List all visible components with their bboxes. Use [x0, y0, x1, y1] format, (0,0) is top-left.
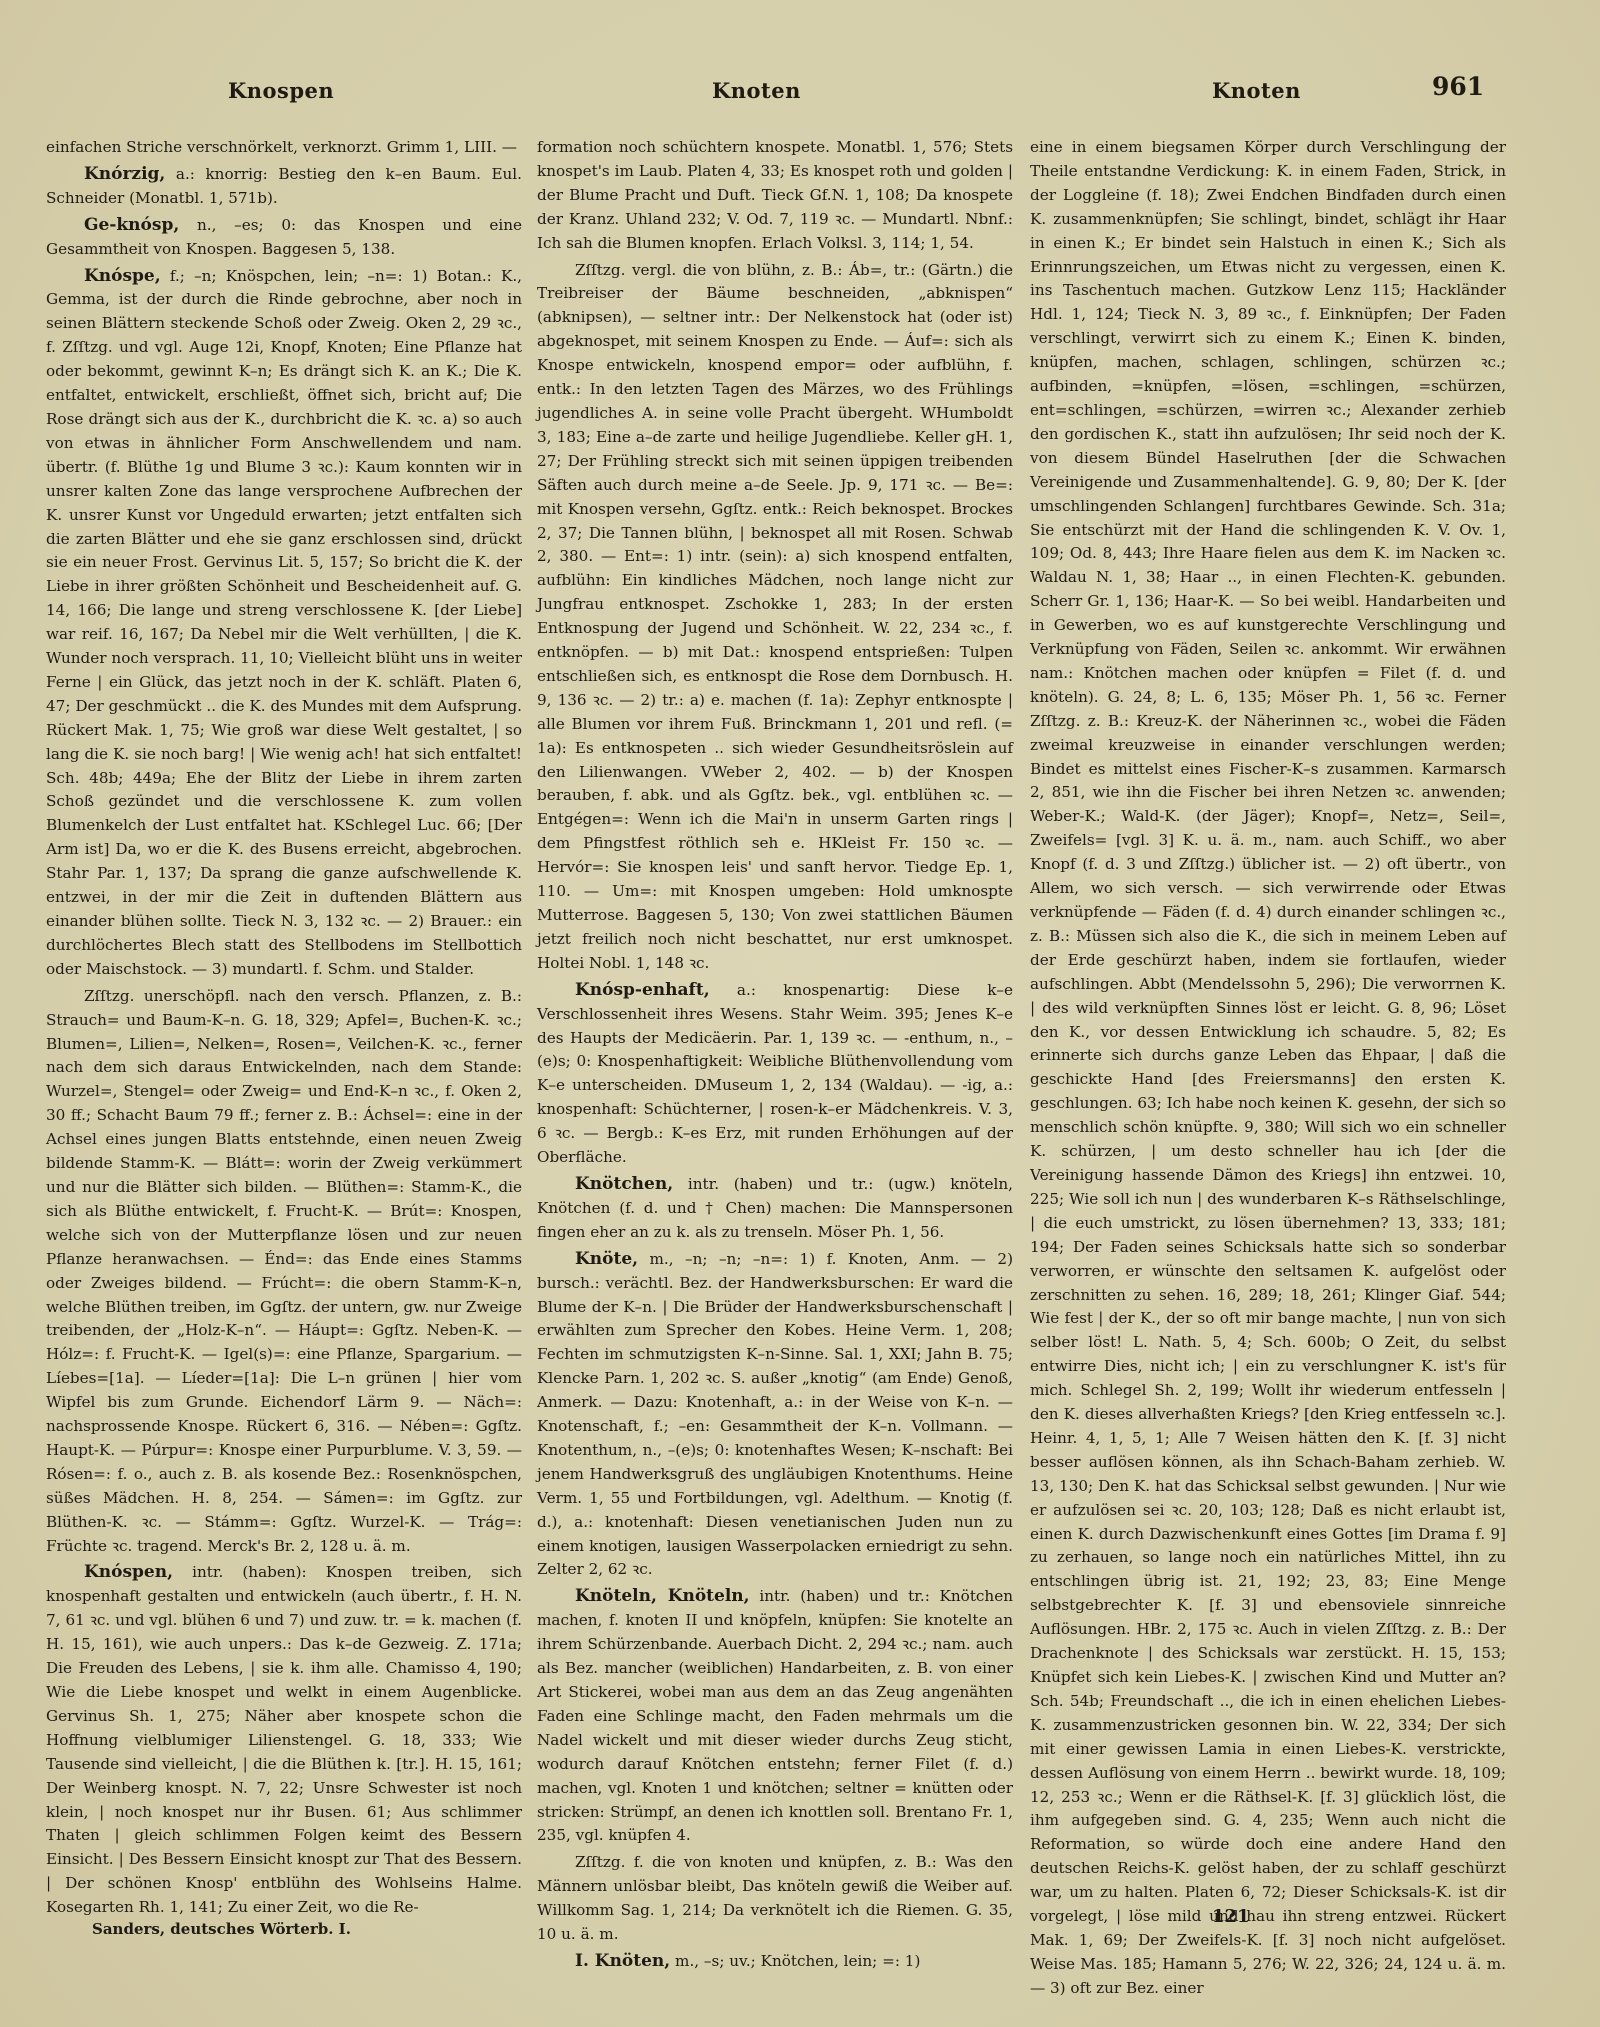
headword: Knóspen,	[84, 1562, 173, 1582]
dictionary-entry: Knórzig, a.: knorrig: Bestieg den k–en B…	[46, 163, 522, 211]
dictionary-entry: Ge-knósp, n., –es; 0: das Knospen und ei…	[46, 214, 522, 262]
headword: Knórzig,	[84, 164, 165, 184]
printer-signature: Sanders, deutsches Wörterb. I.	[92, 1920, 351, 1938]
dictionary-entry: I. Knöten, m., –s; uv.; Knötchen, lein; …	[537, 1950, 1013, 1974]
running-head-right: Knoten	[1212, 78, 1301, 103]
dictionary-page: Knospen Knoten Knoten 961 einfachen Stri…	[0, 0, 1600, 2027]
dictionary-entry: Knóspe, f.; –n; Knöspchen, lein; –n=: 1)…	[46, 265, 522, 982]
entry-text: m., –s; uv.; Knötchen, lein; =: 1)	[670, 1952, 920, 1970]
headword: I. Knöten,	[575, 1951, 670, 1971]
entry-text: intr. (haben) und tr.: Knötchen machen, …	[537, 1587, 1013, 1844]
entry-continuation: eine in einem biegsamen Körper durch Ver…	[1030, 136, 1506, 2001]
entry-text: intr. (haben): Knospen treiben, sich kno…	[46, 1563, 522, 1916]
entry-continuation: Zſſtzg. unerschöpfl. nach den versch. Pf…	[46, 985, 522, 1559]
dictionary-entry: Knöteln, Knöteln, intr. (haben) und tr.:…	[537, 1585, 1013, 1848]
column-middle: formation noch schüchtern knospete. Mona…	[537, 136, 1013, 1974]
running-head-left: Knospen	[228, 78, 334, 103]
entry-continuation: Zſſtzg. f. die von knoten und knüpfen, z…	[537, 1851, 1013, 1947]
entry-text: m., –n; –n; –n=: 1) f. Knoten, Anm. — 2)…	[537, 1250, 1013, 1579]
entry-text: Zſſtzg. vergl. die von blühn, z. B.: Áb=…	[537, 261, 1013, 972]
column-left: einfachen Striche verschnörkelt, verknor…	[46, 136, 522, 1920]
headword: Knötchen,	[575, 1174, 673, 1194]
headword: Knósp-enhaft,	[575, 980, 710, 1000]
column-right: eine in einem biegsamen Körper durch Ver…	[1030, 136, 1506, 2001]
entry-continuation: einfachen Striche verschnörkelt, verknor…	[46, 136, 522, 160]
dictionary-entry: Knötchen, intr. (haben) und tr.: (ugw.) …	[537, 1173, 1013, 1245]
headword: Ge-knósp,	[84, 215, 179, 235]
entry-text: formation noch schüchtern knospete. Mona…	[537, 138, 1013, 252]
headword: Knöte,	[575, 1249, 638, 1269]
dictionary-entry: Knóspen, intr. (haben): Knospen treiben,…	[46, 1561, 522, 1920]
entry-text: f.; –n; Knöspchen, lein; –n=: 1) Botan.:…	[46, 267, 522, 978]
dictionary-entry: Knöte, m., –n; –n; –n=: 1) f. Knoten, An…	[537, 1248, 1013, 1583]
entry-text: Zſſtzg. f. die von knoten und knüpfen, z…	[537, 1853, 1013, 1943]
sheet-number: 121	[1212, 1906, 1250, 1927]
dictionary-entry: Knósp-enhaft, a.: knospenartig: Diese k–…	[537, 979, 1013, 1170]
entry-continuation: Zſſtzg. vergl. die von blühn, z. B.: Áb=…	[537, 259, 1013, 976]
page-number: 961	[1432, 72, 1484, 101]
headword: Knöteln, Knöteln,	[575, 1586, 750, 1606]
entry-text: Zſſtzg. unerschöpfl. nach den versch. Pf…	[46, 987, 522, 1555]
headword: Knóspe,	[84, 266, 161, 286]
entry-text: einfachen Striche verschnörkelt, verknor…	[46, 138, 517, 156]
running-head-middle: Knoten	[712, 78, 801, 103]
entry-continuation: formation noch schüchtern knospete. Mona…	[537, 136, 1013, 256]
entry-text: eine in einem biegsamen Körper durch Ver…	[1030, 138, 1506, 1997]
entry-text: a.: knospenartig: Diese k–e Verschlossen…	[537, 981, 1013, 1166]
